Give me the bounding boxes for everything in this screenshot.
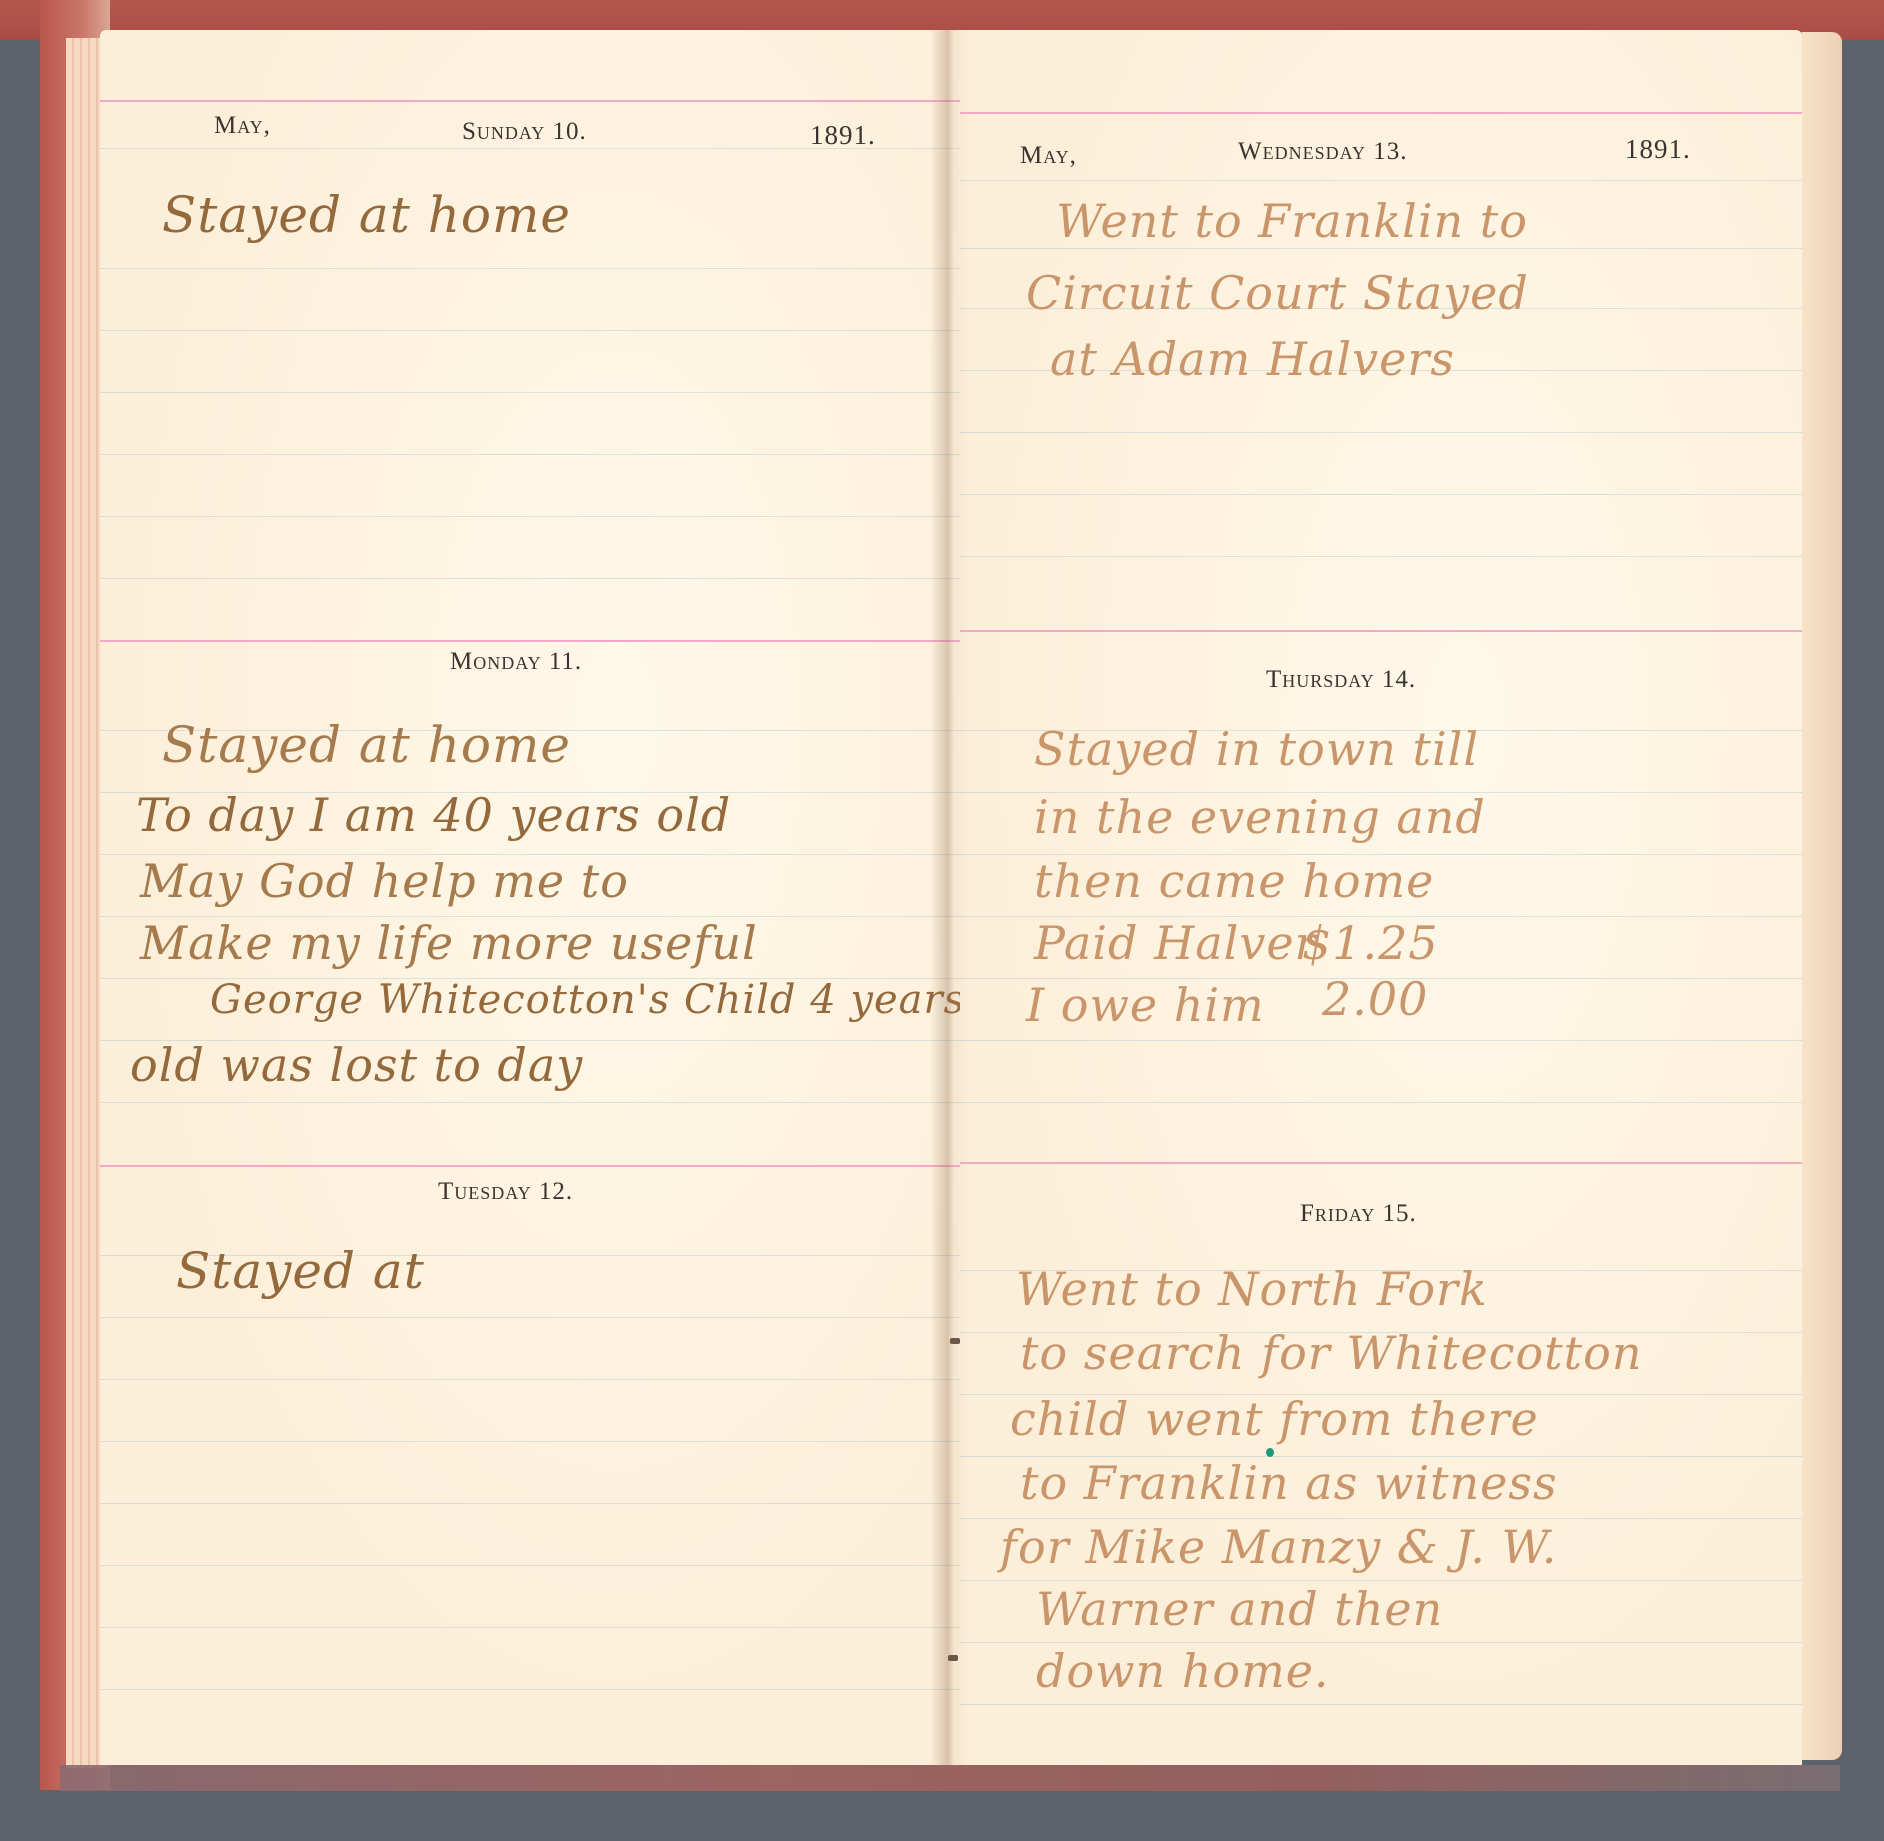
day-label-thursday: Thursday 14. — [1266, 666, 1416, 694]
day-label-monday: Monday 11. — [450, 648, 582, 676]
page-stack-right — [1800, 32, 1842, 1760]
right-page: May, Wednesday 13. 1891. Went to Frankli… — [960, 30, 1802, 1765]
header-rule — [960, 112, 1802, 114]
header-year: 1891. — [810, 120, 876, 151]
binding-stitch — [950, 1338, 960, 1344]
ruled-line — [960, 1040, 1802, 1041]
amount-owed: 2.00 — [1322, 976, 1428, 1022]
entry-line: in the evening and — [1034, 794, 1486, 840]
entry-line: George Whitecotton's Child 4 years — [210, 980, 965, 1020]
entry-line: Went to North Fork — [1016, 1266, 1488, 1312]
entry-line: Stayed in town till — [1034, 726, 1479, 772]
entry-line: Stayed at home — [162, 190, 571, 240]
left-page: May, Sunday 10. 1891. Stayed at home Mon… — [100, 30, 960, 1765]
header-rule — [100, 100, 960, 102]
entry-line: Paid Halver — [1034, 920, 1318, 966]
entry-line: Warner and then — [1036, 1586, 1443, 1632]
binding-stitch — [948, 1655, 958, 1661]
day-divider-rule — [960, 630, 1802, 632]
header-day: Wednesday 13. — [1238, 138, 1407, 166]
ruled-line — [100, 1441, 960, 1442]
ruled-line — [100, 330, 960, 331]
book-gutter — [930, 30, 970, 1765]
header-month: May, — [1020, 142, 1077, 170]
ruled-line — [960, 432, 1802, 433]
entry-line: to Franklin as witness — [1020, 1460, 1558, 1506]
ruled-line — [100, 392, 960, 393]
ruled-line — [960, 556, 1802, 557]
ruled-line — [960, 1642, 1802, 1643]
ruled-line — [100, 1317, 960, 1318]
header-year: 1891. — [1625, 134, 1691, 165]
green-ink-spot — [1266, 1448, 1274, 1457]
entry-line: to search for Whitecotton — [1020, 1330, 1642, 1376]
ruled-line — [960, 1102, 1802, 1103]
ruled-line — [960, 1518, 1802, 1519]
ruled-line — [100, 578, 960, 579]
entry-line: Make my life more useful — [140, 920, 758, 966]
ruled-line — [100, 516, 960, 517]
ruled-line — [100, 1102, 960, 1103]
header-month: May, — [214, 112, 271, 140]
ruled-line — [960, 1704, 1802, 1705]
ruled-line — [960, 180, 1802, 181]
day-divider-rule — [100, 1165, 960, 1167]
entry-line: then came home — [1034, 858, 1434, 904]
ruled-line — [100, 1627, 960, 1628]
entry-line: To day I am 40 years old — [136, 792, 731, 838]
entry-line: old was lost to day — [130, 1042, 583, 1088]
ruled-line — [100, 268, 960, 269]
day-label-friday: Friday 15. — [1300, 1200, 1417, 1228]
entry-line: May God help me to — [140, 858, 629, 904]
entry-line: Stayed at — [176, 1246, 425, 1296]
day-divider-rule — [100, 640, 960, 642]
header-day: Sunday 10. — [462, 118, 587, 146]
entry-line: Circuit Court Stayed — [1026, 270, 1529, 316]
ruled-line — [100, 1379, 960, 1380]
entry-line: I owe him — [1026, 982, 1265, 1028]
ruled-line — [100, 1503, 960, 1504]
book-cover-bottom-edge — [60, 1765, 1840, 1791]
entry-line: child went from there — [1010, 1396, 1539, 1442]
day-divider-rule — [960, 1162, 1802, 1164]
entry-line: at Adam Halvers — [1050, 336, 1455, 382]
entry-line: down home. — [1036, 1648, 1330, 1694]
ruled-line — [960, 494, 1802, 495]
ruled-line — [100, 1565, 960, 1566]
ruled-line — [100, 454, 960, 455]
entry-line: Went to Franklin to — [1056, 198, 1528, 244]
ruled-line — [960, 1580, 1802, 1581]
entry-line: Stayed at home — [162, 720, 571, 770]
amount-paid: $1.25 — [1302, 920, 1439, 966]
day-label-tuesday: Tuesday 12. — [438, 1178, 573, 1206]
ruled-line — [100, 1689, 960, 1690]
ruled-line — [960, 248, 1802, 249]
entry-line: for Mike Manzy & J. W. — [1000, 1524, 1557, 1570]
